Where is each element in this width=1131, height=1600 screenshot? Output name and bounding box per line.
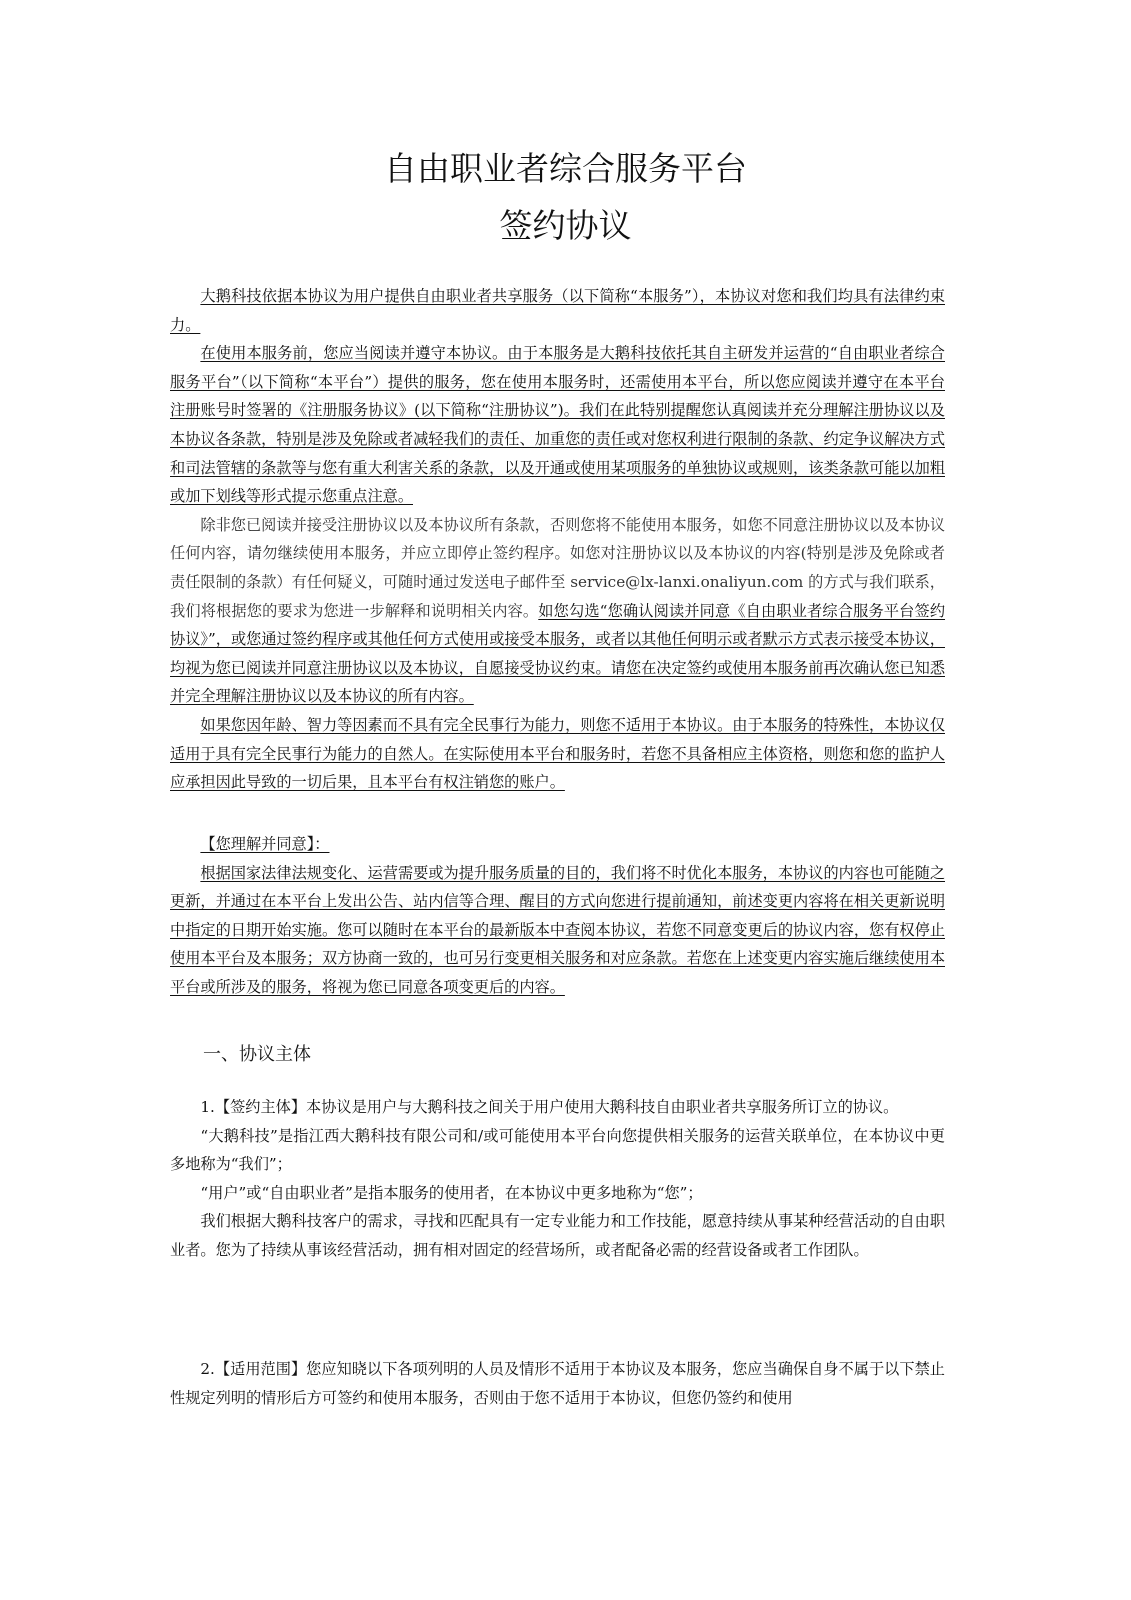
understand-paragraph: 根据国家法律法规变化、运营需要或为提升服务质量的目的，我们将不时优化本服务，本协… — [170, 859, 945, 1002]
section1-clause2: 2.【适用范围】您应知晓以下各项列明的人员及情形不适用于本协议及本服务，您应当确… — [170, 1355, 945, 1412]
document-subtitle: 签约协议 — [0, 200, 1131, 247]
understand-label-line: 【您理解并同意】： — [170, 830, 945, 859]
intro-paragraph-1: 大鹅科技依据本协议为用户提供自由职业者共享服务（以下简称“本服务”），本协议对您… — [170, 282, 945, 339]
clause-2: 2.【适用范围】您应知晓以下各项列明的人员及情形不适用于本协议及本服务，您应当确… — [170, 1355, 945, 1412]
understand-section: 【您理解并同意】： 根据国家法律法规变化、运营需要或为提升服务质量的目的，我们将… — [170, 830, 945, 1002]
intro-section: 大鹅科技依据本协议为用户提供自由职业者共享服务（以下简称“本服务”），本协议对您… — [170, 282, 945, 797]
understand-label: 【您理解并同意】： — [200, 835, 329, 853]
intro-paragraph-3: 除非您已阅读并接受注册协议以及本协议所有条款，否则您将不能使用本服务，如您不同意… — [170, 511, 945, 711]
document-title: 自由职业者综合服务平台 — [0, 143, 1131, 190]
section1-clause1: 1.【签约主体】本协议是用户与大鹅科技之间关于用户使用大鹅科技自由职业者共享服务… — [170, 1093, 945, 1265]
definition-freelancer-description: 我们根据大鹅科技客户的需求，寻找和匹配具有一定专业能力和工作技能，愿意持续从事某… — [170, 1207, 945, 1264]
intro-paragraph-2: 在使用本服务前，您应当阅读并遵守本协议。由于本服务是大鹅科技依托其自主研发并运营… — [170, 339, 945, 511]
clause-1: 1.【签约主体】本协议是用户与大鹅科技之间关于用户使用大鹅科技自由职业者共享服务… — [170, 1093, 945, 1122]
definition-user: “用户”或“自由职业者”是指本服务的使用者，在本协议中更多地称为“您”； — [170, 1179, 945, 1208]
section-heading: 一、协议主体 — [203, 1040, 311, 1066]
document-page: 自由职业者综合服务平台 签约协议 大鹅科技依据本协议为用户提供自由职业者共享服务… — [0, 0, 1131, 1600]
intro-paragraph-4: 如果您因年龄、智力等因素而不具有完全民事行为能力，则您不适用于本协议。由于本服务… — [170, 711, 945, 797]
definition-dae-tech: “大鹅科技”是指江西大鹅科技有限公司和/或可能使用本平台向您提供相关服务的运营关… — [170, 1122, 945, 1179]
